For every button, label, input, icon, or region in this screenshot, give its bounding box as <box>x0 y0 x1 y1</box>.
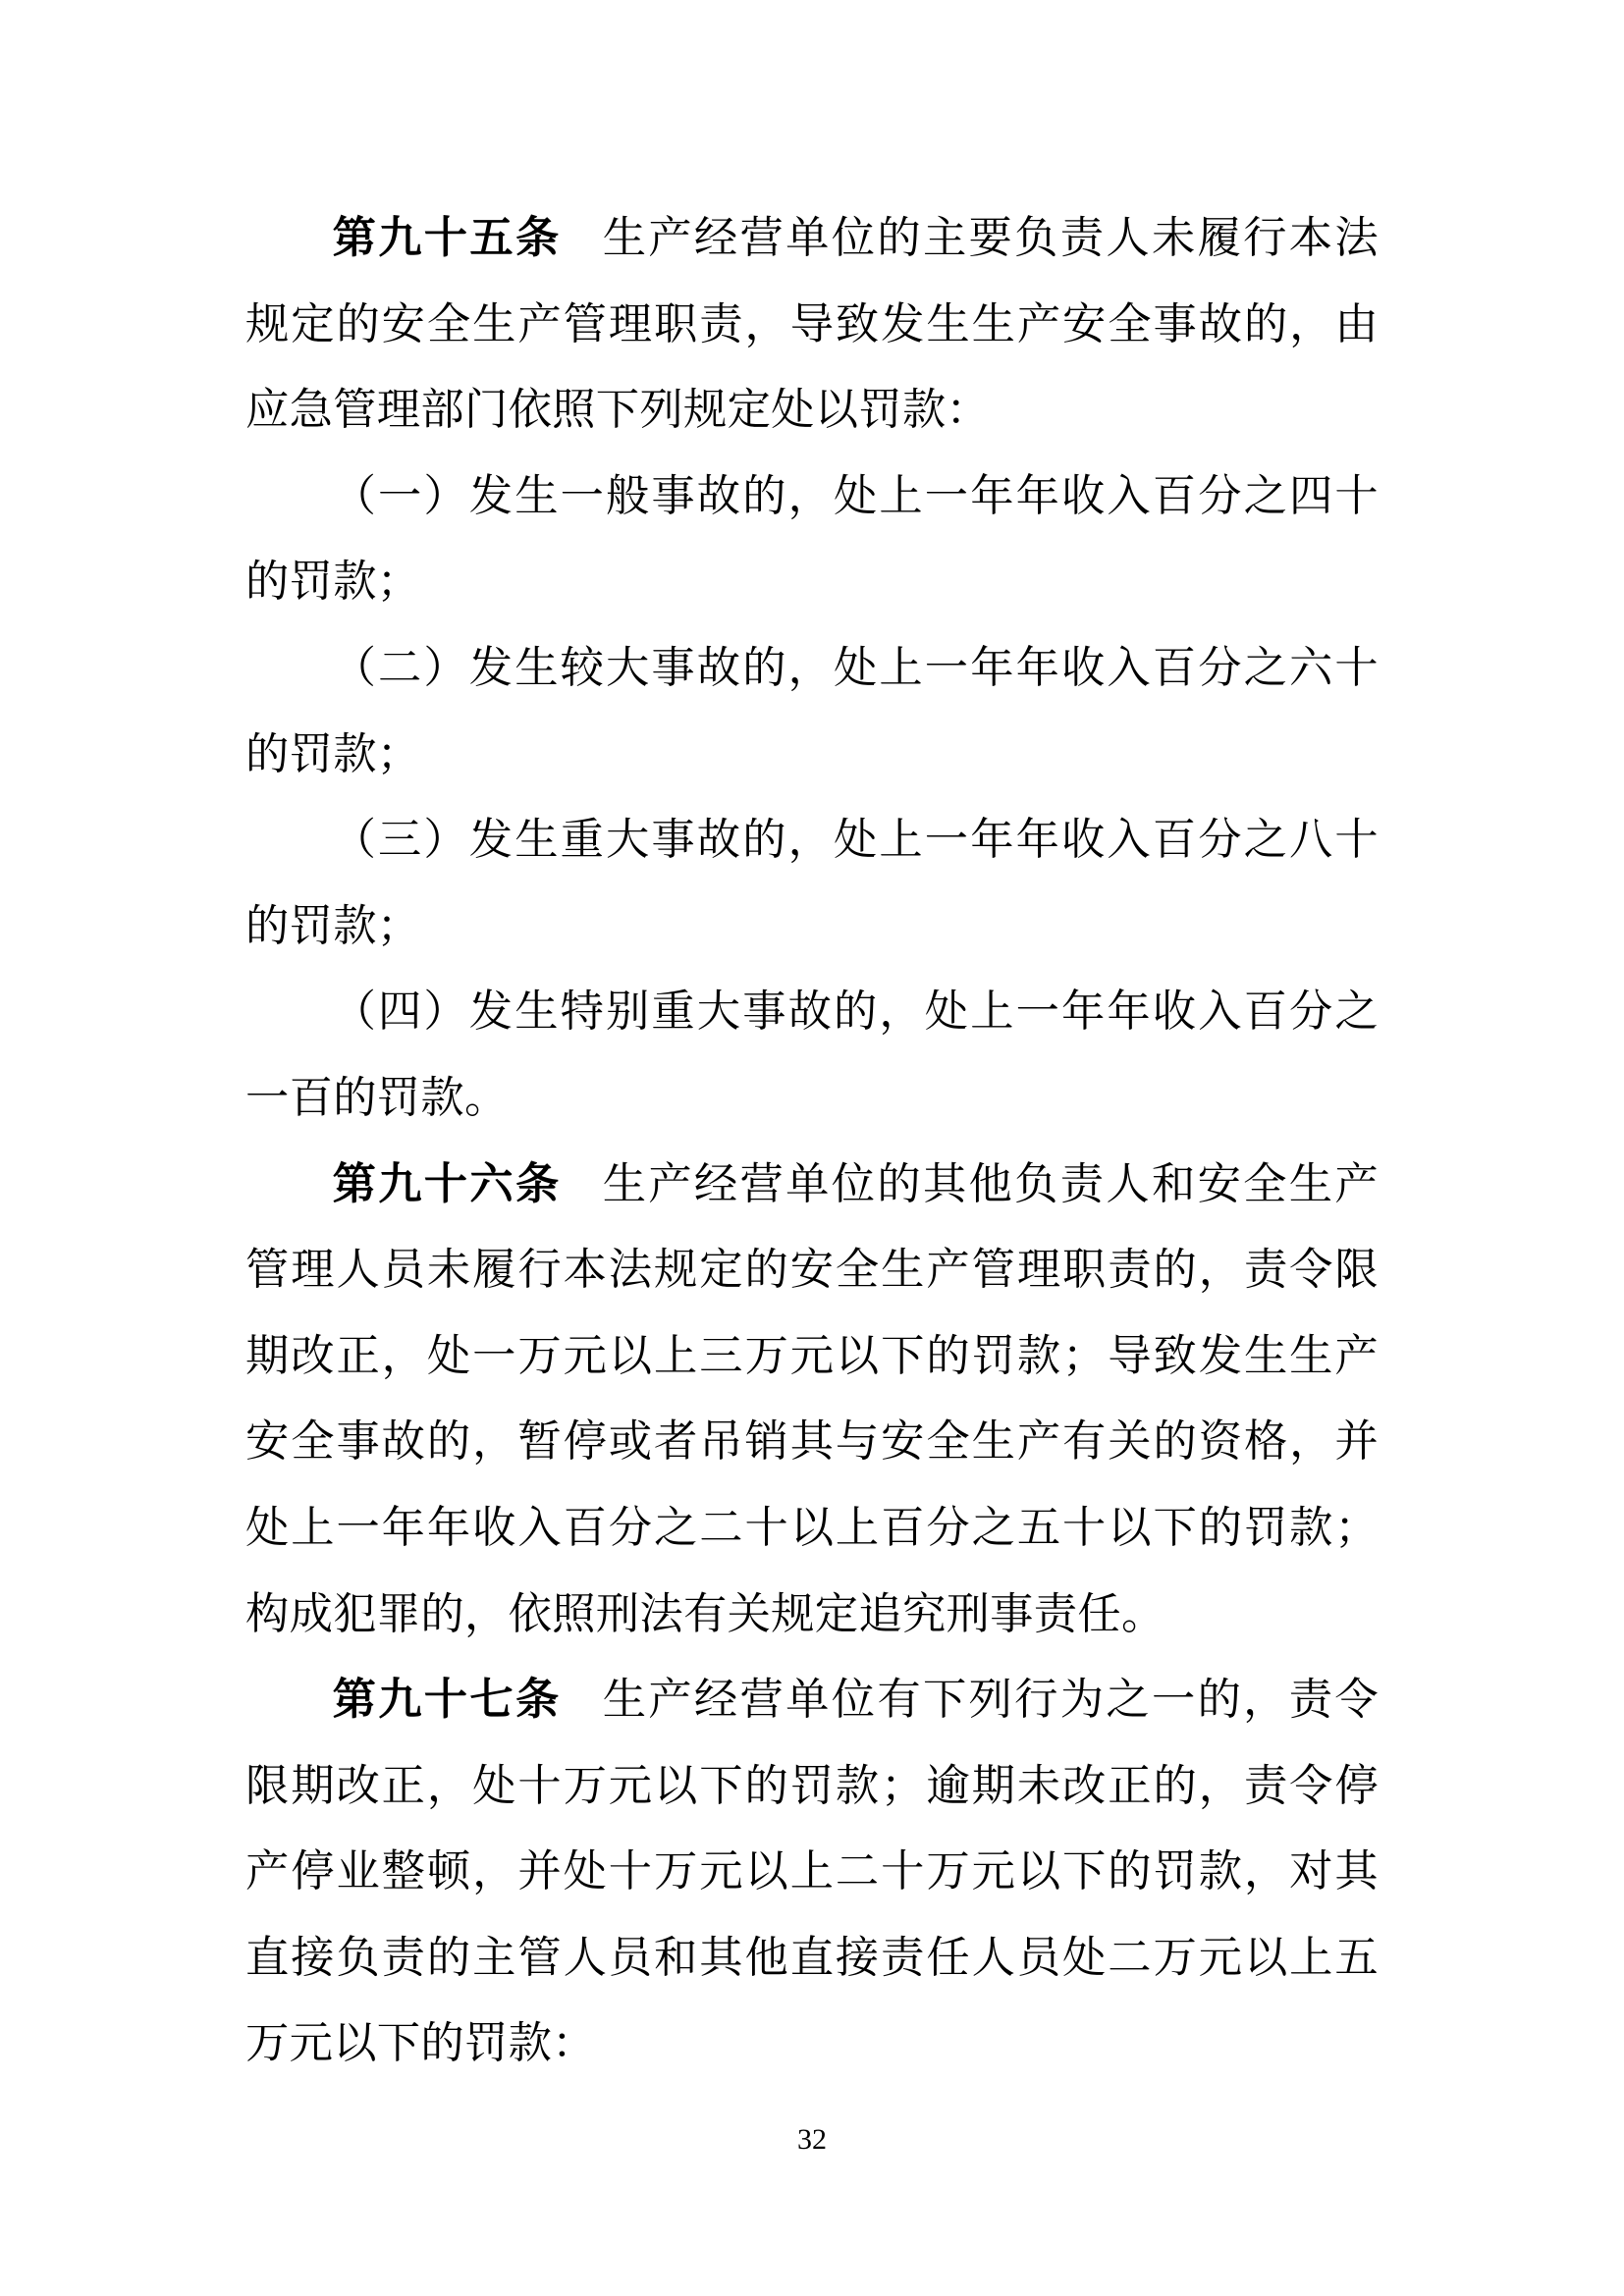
article-paragraph: 第九十五条生产经营单位的主要负责人未履行本法规定的安全生产管理职责，导致发生生产… <box>245 195 1379 454</box>
paragraph-text: （三）发生重大事故的，处上一年年收入百分之八十的罚款； <box>245 816 1379 950</box>
list-item-paragraph: （一）发生一般事故的，处上一年年收入百分之四十的罚款； <box>245 454 1379 625</box>
paragraph-text: 生产经营单位的其他负责人和安全生产管理人员未履行本法规定的安全生产管理职责的，责… <box>245 1160 1379 1638</box>
paragraph-text: （二）发生较大事故的，处上一年年收入百分之六十的罚款； <box>245 644 1379 778</box>
list-item-paragraph: （三）发生重大事故的，处上一年年收入百分之八十的罚款； <box>245 797 1379 969</box>
legal-text-body: 第九十五条生产经营单位的主要负责人未履行本法规定的安全生产管理职责，导致发生生产… <box>245 195 1379 2087</box>
page-footer: 32 <box>0 2118 1624 2162</box>
article-number: 第九十五条 <box>333 214 562 262</box>
article-paragraph: 第九十七条生产经营单位有下列行为之一的，责令限期改正，处十万元以下的罚款；逾期未… <box>245 1657 1379 2087</box>
paragraph-text: 生产经营单位有下列行为之一的，责令限期改正，处十万元以下的罚款；逾期未改正的，责… <box>245 1676 1379 2067</box>
document-page: 第九十五条生产经营单位的主要负责人未履行本法规定的安全生产管理职责，导致发生生产… <box>0 0 1624 2296</box>
list-item-paragraph: （四）发生特别重大事故的，处上一年年收入百分之一百的罚款。 <box>245 969 1379 1141</box>
article-number: 第九十七条 <box>333 1676 562 1724</box>
paragraph-text: （四）发生特别重大事故的，处上一年年收入百分之一百的罚款。 <box>245 988 1379 1122</box>
paragraph-text: （一）发生一般事故的，处上一年年收入百分之四十的罚款； <box>245 472 1379 607</box>
page-number: 32 <box>797 2123 827 2156</box>
article-paragraph: 第九十六条生产经营单位的其他负责人和安全生产管理人员未履行本法规定的安全生产管理… <box>245 1142 1379 1658</box>
list-item-paragraph: （二）发生较大事故的，处上一年年收入百分之六十的罚款； <box>245 625 1379 797</box>
article-number: 第九十六条 <box>333 1160 562 1208</box>
